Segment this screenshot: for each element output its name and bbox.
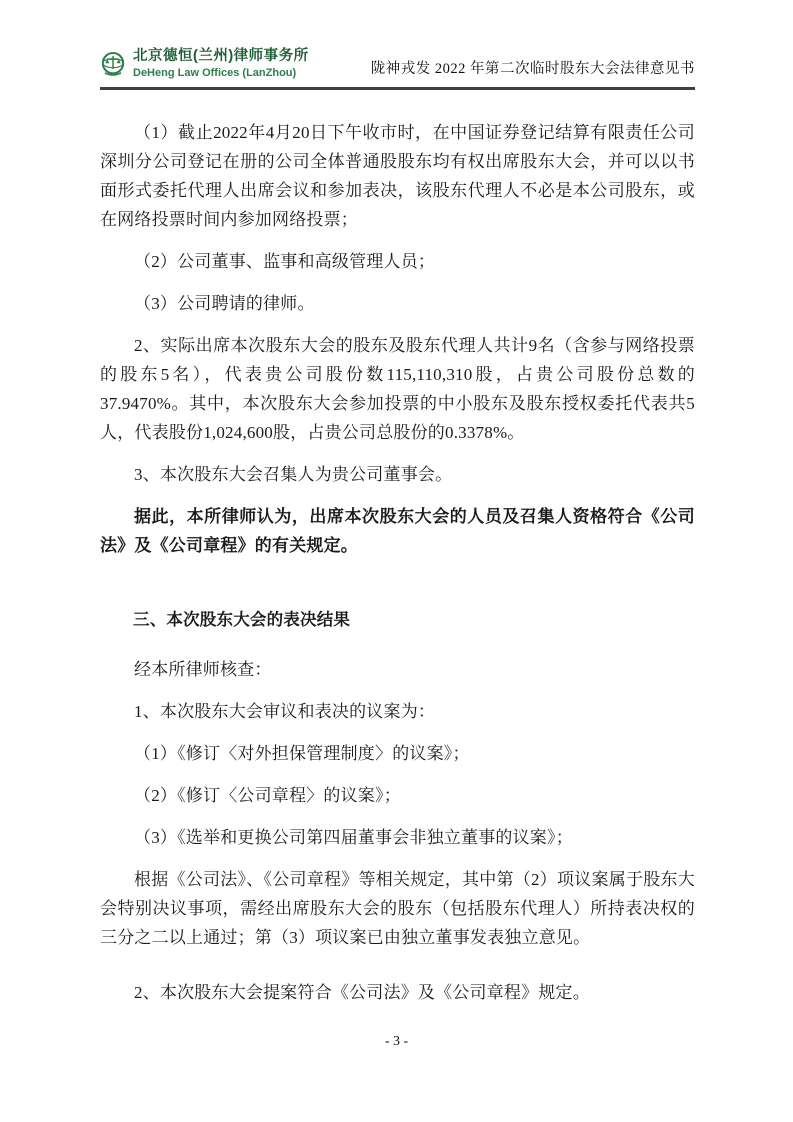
paragraph-proposals-intro: 1、本次股东大会审议和表决的议案为： — [100, 697, 695, 726]
page-number: - 3 - — [0, 1034, 793, 1050]
section-heading-voting-results: 三、本次股东大会的表决结果 — [100, 606, 695, 635]
deheng-scales-seal-icon — [100, 51, 126, 77]
document-title: 陇神戎发 2022 年第二次临时股东大会法律意见书 — [371, 57, 695, 79]
paragraph-attendance-stats: 2、实际出席本次股东大会的股东及股东代理人共计9名（含参与网络投票的股东5名），… — [100, 331, 695, 447]
firm-name-chinese: 北京德恒(兰州)律师事务所 — [133, 48, 309, 65]
paragraph-proposal-3: （3）《选举和更换公司第四届董事会非独立董事的议案》； — [100, 823, 695, 852]
firm-name-english: DeHeng Law Offices (LanZhou) — [133, 67, 309, 80]
paragraph-attendee-item-2: （2）公司董事、监事和高级管理人员； — [100, 247, 695, 276]
page-header: 北京德恒(兰州)律师事务所 DeHeng Law Offices (LanZho… — [100, 48, 695, 90]
document-body: （1）截止2022年4月20日下午收市时，在中国证券登记结算有限责任公司深圳分公… — [100, 118, 695, 1020]
document-page: 北京德恒(兰州)律师事务所 DeHeng Law Offices (LanZho… — [0, 0, 793, 1122]
paragraph-verification-intro: 经本所律师核查： — [100, 655, 695, 684]
paragraph-attendee-item-1: （1）截止2022年4月20日下午收市时，在中国证券登记结算有限责任公司深圳分公… — [100, 118, 695, 234]
paragraph-proposal-1: （1）《修订〈对外担保管理制度〉的议案》； — [100, 739, 695, 768]
paragraph-lawyer-conclusion: 据此，本所律师认为，出席本次股东大会的人员及召集人资格符合《公司法》及《公司章程… — [100, 502, 695, 560]
law-firm-brand: 北京德恒(兰州)律师事务所 DeHeng Law Offices (LanZho… — [100, 48, 309, 79]
paragraph-proposal-compliance: 2、本次股东大会提案符合《公司法》及《公司章程》规定。 — [100, 978, 695, 1007]
paragraph-convener: 3、本次股东大会召集人为贵公司董事会。 — [100, 460, 695, 489]
paragraph-proposal-2: （2）《修订〈公司章程〉的议案》； — [100, 781, 695, 810]
law-firm-names: 北京德恒(兰州)律师事务所 DeHeng Law Offices (LanZho… — [133, 48, 309, 79]
paragraph-attendee-item-3: （3）公司聘请的律师。 — [100, 289, 695, 318]
paragraph-special-resolution-note: 根据《公司法》、《公司章程》等相关规定，其中第（2）项议案属于股东大会特别决议事… — [100, 865, 695, 952]
